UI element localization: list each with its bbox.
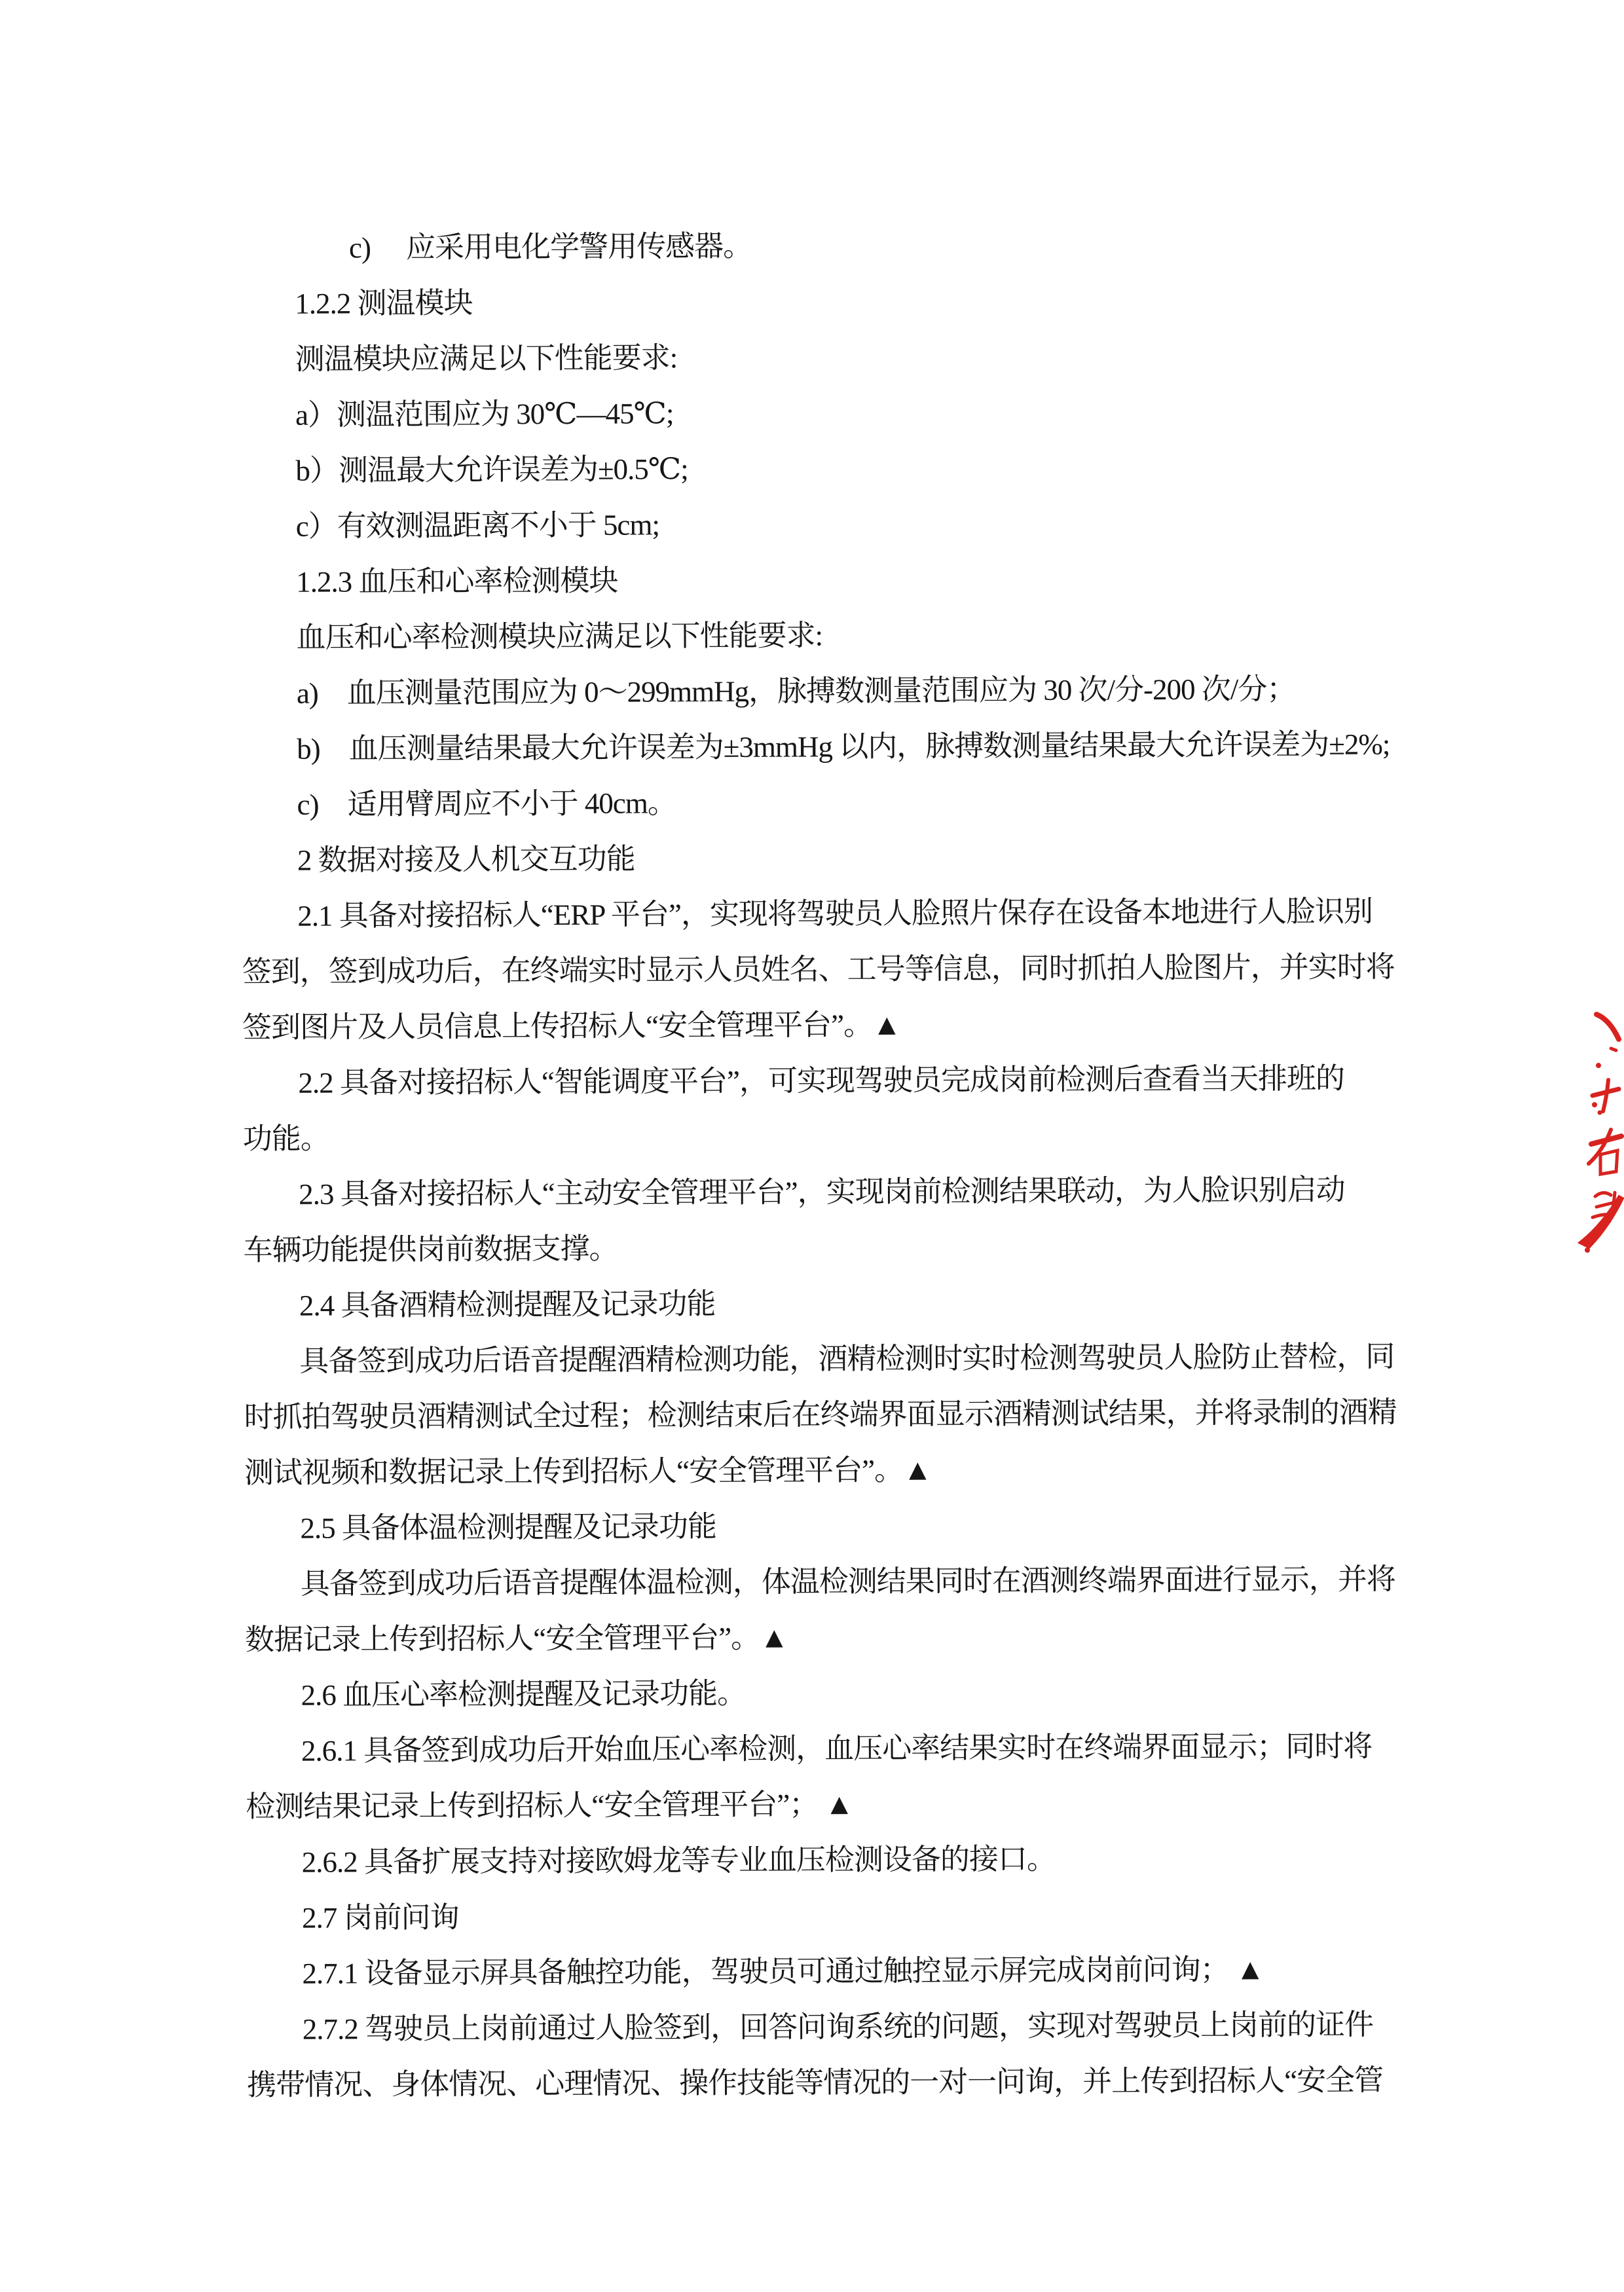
text-line-content: 具备签到成功后语音提醒酒精检测功能，酒精检测时实时检测驾驶员人脸防止替检，同 <box>299 1332 1394 1379</box>
text-line-content: 携带情况、身体情况、心理情况、操作技能等情况的一对一问询，并上传到招标人“安全管 <box>247 2056 1383 2104</box>
text-line: a）测温范围应为 30℃—45℃; <box>1 379 1624 441</box>
text-line: 签到图片及人员信息上传招标人“安全管理平台”。▲ <box>3 991 1624 1054</box>
text-line: 车辆功能提供岗前数据支撑。 <box>4 1213 1624 1276</box>
text-line: 测试视频和数据记录上传到招标人“安全管理平台”。▲ <box>5 1436 1624 1499</box>
text-line: 2.5 具备体温检测提醒及记录功能 <box>5 1492 1624 1555</box>
text-line: 2.7.1 设备显示屏具备触控功能，驾驶员可通过触控显示屏完成岗前问询； ▲ <box>7 1937 1624 2000</box>
text-line-content: 测试视频和数据记录上传到招标人“安全管理平台”。▲ <box>244 1446 932 1492</box>
text-line: 1.2.3 血压和心率检测模块 <box>1 545 1624 608</box>
text-line-content: a) 血压测量范围应为 0～299mmHg，脉搏数测量范围应为 30 次/分-2… <box>297 665 1296 712</box>
text-line: 2.7.2 驾驶员上岗前通过人脸签到，回答问询系统的问题，实现对驾驶员上岗前的证… <box>8 1993 1624 2056</box>
text-line: 携带情况、身体情况、心理情况、操作技能等情况的一对一问询，并上传到招标人“安全管 <box>8 2048 1624 2111</box>
text-line: 2 数据对接及人机交互功能 <box>3 824 1624 887</box>
document-page: c) 应采用电化学警用传感器。1.2.2 测温模块测温模块应满足以下性能要求:a… <box>0 0 1624 2292</box>
text-line: 血压和心率检测模块应满足以下性能要求: <box>1 601 1624 664</box>
text-line-content: 测温模块应满足以下性能要求: <box>295 333 677 378</box>
text-line: 2.2 具备对接招标人“智能调度平台”，可实现驾驶员完成岗前检测后查看当天排班的 <box>3 1046 1624 1109</box>
text-line-content: 签到，签到成功后，在终端实时显示人员姓名、工号等信息，同时抓拍人脸图片，并实时将 <box>242 942 1395 990</box>
text-line: 2.1 具备对接招标人“ERP 平台”，实现将驾驶员人脸照片保存在设备本地进行人… <box>3 879 1624 942</box>
text-line-content: 2.7.1 设备显示屏具备触控功能，驾驶员可通过触控显示屏完成岗前问询； ▲ <box>302 1945 1264 1991</box>
text-line-content: 2.6 血压心率检测提醒及记录功能。 <box>301 1669 746 1714</box>
text-line-content: 2.6.1 具备签到成功后开始血压心率检测，血压心率结果实时在终端界面显示；同时… <box>301 1722 1373 1769</box>
text-line: 功能。 <box>4 1102 1624 1165</box>
text-line-content: b) 血压测量结果最大允许误差为±3mmHg 以内，脉搏数测量结果最大允许误差为… <box>297 720 1390 767</box>
text-line-content: 2.6.2 具备扩展支持对接欧姆龙等专业血压检测设备的接口。 <box>302 1835 1056 1881</box>
text-line: 具备签到成功后语音提醒体温检测，体温检测结果同时在酒测终端界面进行显示，并将 <box>6 1547 1624 1610</box>
text-line: 1.2.2 测温模块 <box>0 267 1624 330</box>
text-line-content: 1.2.3 血压和心率检测模块 <box>296 557 618 601</box>
text-line-content: 2 数据对接及人机交互功能 <box>297 835 635 879</box>
text-line-content: 2.3 具备对接招标人“主动安全管理平台”，实现岗前检测结果联动，为人脸识别启动 <box>299 1166 1345 1213</box>
text-line-content: 时抓拍驾驶员酒精测试全过程；检测结束后在终端界面显示酒精测试结果，并将录制的酒精 <box>244 1388 1397 1435</box>
text-line: c）有效测温距离不小于 5cm; <box>1 490 1624 553</box>
text-line: 2.7 岗前问询 <box>7 1881 1624 1944</box>
text-line: 检测结果记录上传到招标人“安全管理平台”； ▲ <box>7 1770 1624 1833</box>
text-line-content: 功能。 <box>243 1115 329 1158</box>
text-line: 数据记录上传到招标人“安全管理平台”。▲ <box>6 1603 1624 1666</box>
text-line-content: 具备签到成功后语音提醒体温检测，体温检测结果同时在酒测终端界面进行显示，并将 <box>301 1555 1395 1602</box>
text-line: c) 应采用电化学警用传感器。 <box>0 212 1624 274</box>
text-line-content: c) 适用臂周应不小于 40cm。 <box>297 779 676 823</box>
text-line-content: 检测结果记录上传到招标人“安全管理平台”； ▲ <box>246 1780 853 1825</box>
text-line: c) 适用臂周应不小于 40cm。 <box>2 768 1624 831</box>
text-line-content: a）测温范围应为 30℃—45℃; <box>295 389 674 434</box>
text-line-content: 2.1 具备对接招标人“ERP 平台”，实现将驾驶员人脸照片保存在设备本地进行人… <box>297 887 1373 934</box>
text-line-content: 2.5 具备体温检测提醒及记录功能 <box>300 1502 716 1547</box>
text-line: b）测温最大允许误差为±0.5℃; <box>1 434 1624 497</box>
text-line: 2.4 具备酒精检测提醒及记录功能 <box>5 1269 1624 1332</box>
text-line: b) 血压测量结果最大允许误差为±3mmHg 以内，脉搏数测量结果最大允许误差为… <box>2 712 1624 775</box>
text-line-content: c）有效测温距离不小于 5cm; <box>296 500 659 544</box>
text-line-content: 血压和心率检测模块应满足以下性能要求: <box>296 611 822 656</box>
text-line: 签到，签到成功后，在终端实时显示人员姓名、工号等信息，同时抓拍人脸图片，并实时将 <box>3 935 1624 998</box>
text-line-content: 数据记录上传到招标人“安全管理平台”。▲ <box>245 1614 788 1659</box>
text-line-content: 2.4 具备酒精检测提醒及记录功能 <box>299 1280 716 1324</box>
text-line-content: 2.7 岗前问询 <box>302 1893 459 1936</box>
text-line: 2.6 血压心率检测提醒及记录功能。 <box>6 1659 1624 1722</box>
text-line-content: 2.2 具备对接招标人“智能调度平台”，可实现驾驶员完成岗前检测后查看当天排班的 <box>298 1054 1344 1101</box>
text-line: 具备签到成功后语音提醒酒精检测功能，酒精检测时实时检测驾驶员人脸防止替检，同 <box>5 1325 1624 1388</box>
text-line-content: c) 应采用电化学警用传感器。 <box>349 222 752 267</box>
text-line-content: 1.2.2 测温模块 <box>295 279 473 322</box>
text-line: 时抓拍驾驶员酒精测试全过程；检测结束后在终端界面显示酒精测试结果，并将录制的酒精 <box>5 1380 1624 1443</box>
text-line: 2.6.1 具备签到成功后开始血压心率检测，血压心率结果实时在终端界面显示；同时… <box>7 1714 1624 1777</box>
text-line: a) 血压测量范围应为 0～299mmHg，脉搏数测量范围应为 30 次/分-2… <box>2 657 1624 720</box>
text-line-content: b）测温最大允许误差为±0.5℃; <box>295 445 688 489</box>
text-line: 测温模块应满足以下性能要求: <box>0 323 1624 386</box>
text-line-content: 签到图片及人员信息上传招标人“安全管理平台”。▲ <box>242 1001 901 1046</box>
text-line-content: 车辆功能提供岗前数据支撑。 <box>243 1225 618 1268</box>
text-line-content: 2.7.2 驾驶员上岗前通过人脸签到，回答问询系统的问题，实现对驾驶员上岗前的证… <box>303 2001 1374 2048</box>
text-line: 2.3 具备对接招标人“主动安全管理平台”，实现岗前检测结果联动，为人脸识别启动 <box>4 1158 1624 1221</box>
text-line: 2.6.2 具备扩展支持对接欧姆龙等专业血压检测设备的接口。 <box>7 1826 1624 1889</box>
document-text-block: c) 应采用电化学警用传感器。1.2.2 测温模块测温模块应满足以下性能要求:a… <box>0 0 1624 2111</box>
